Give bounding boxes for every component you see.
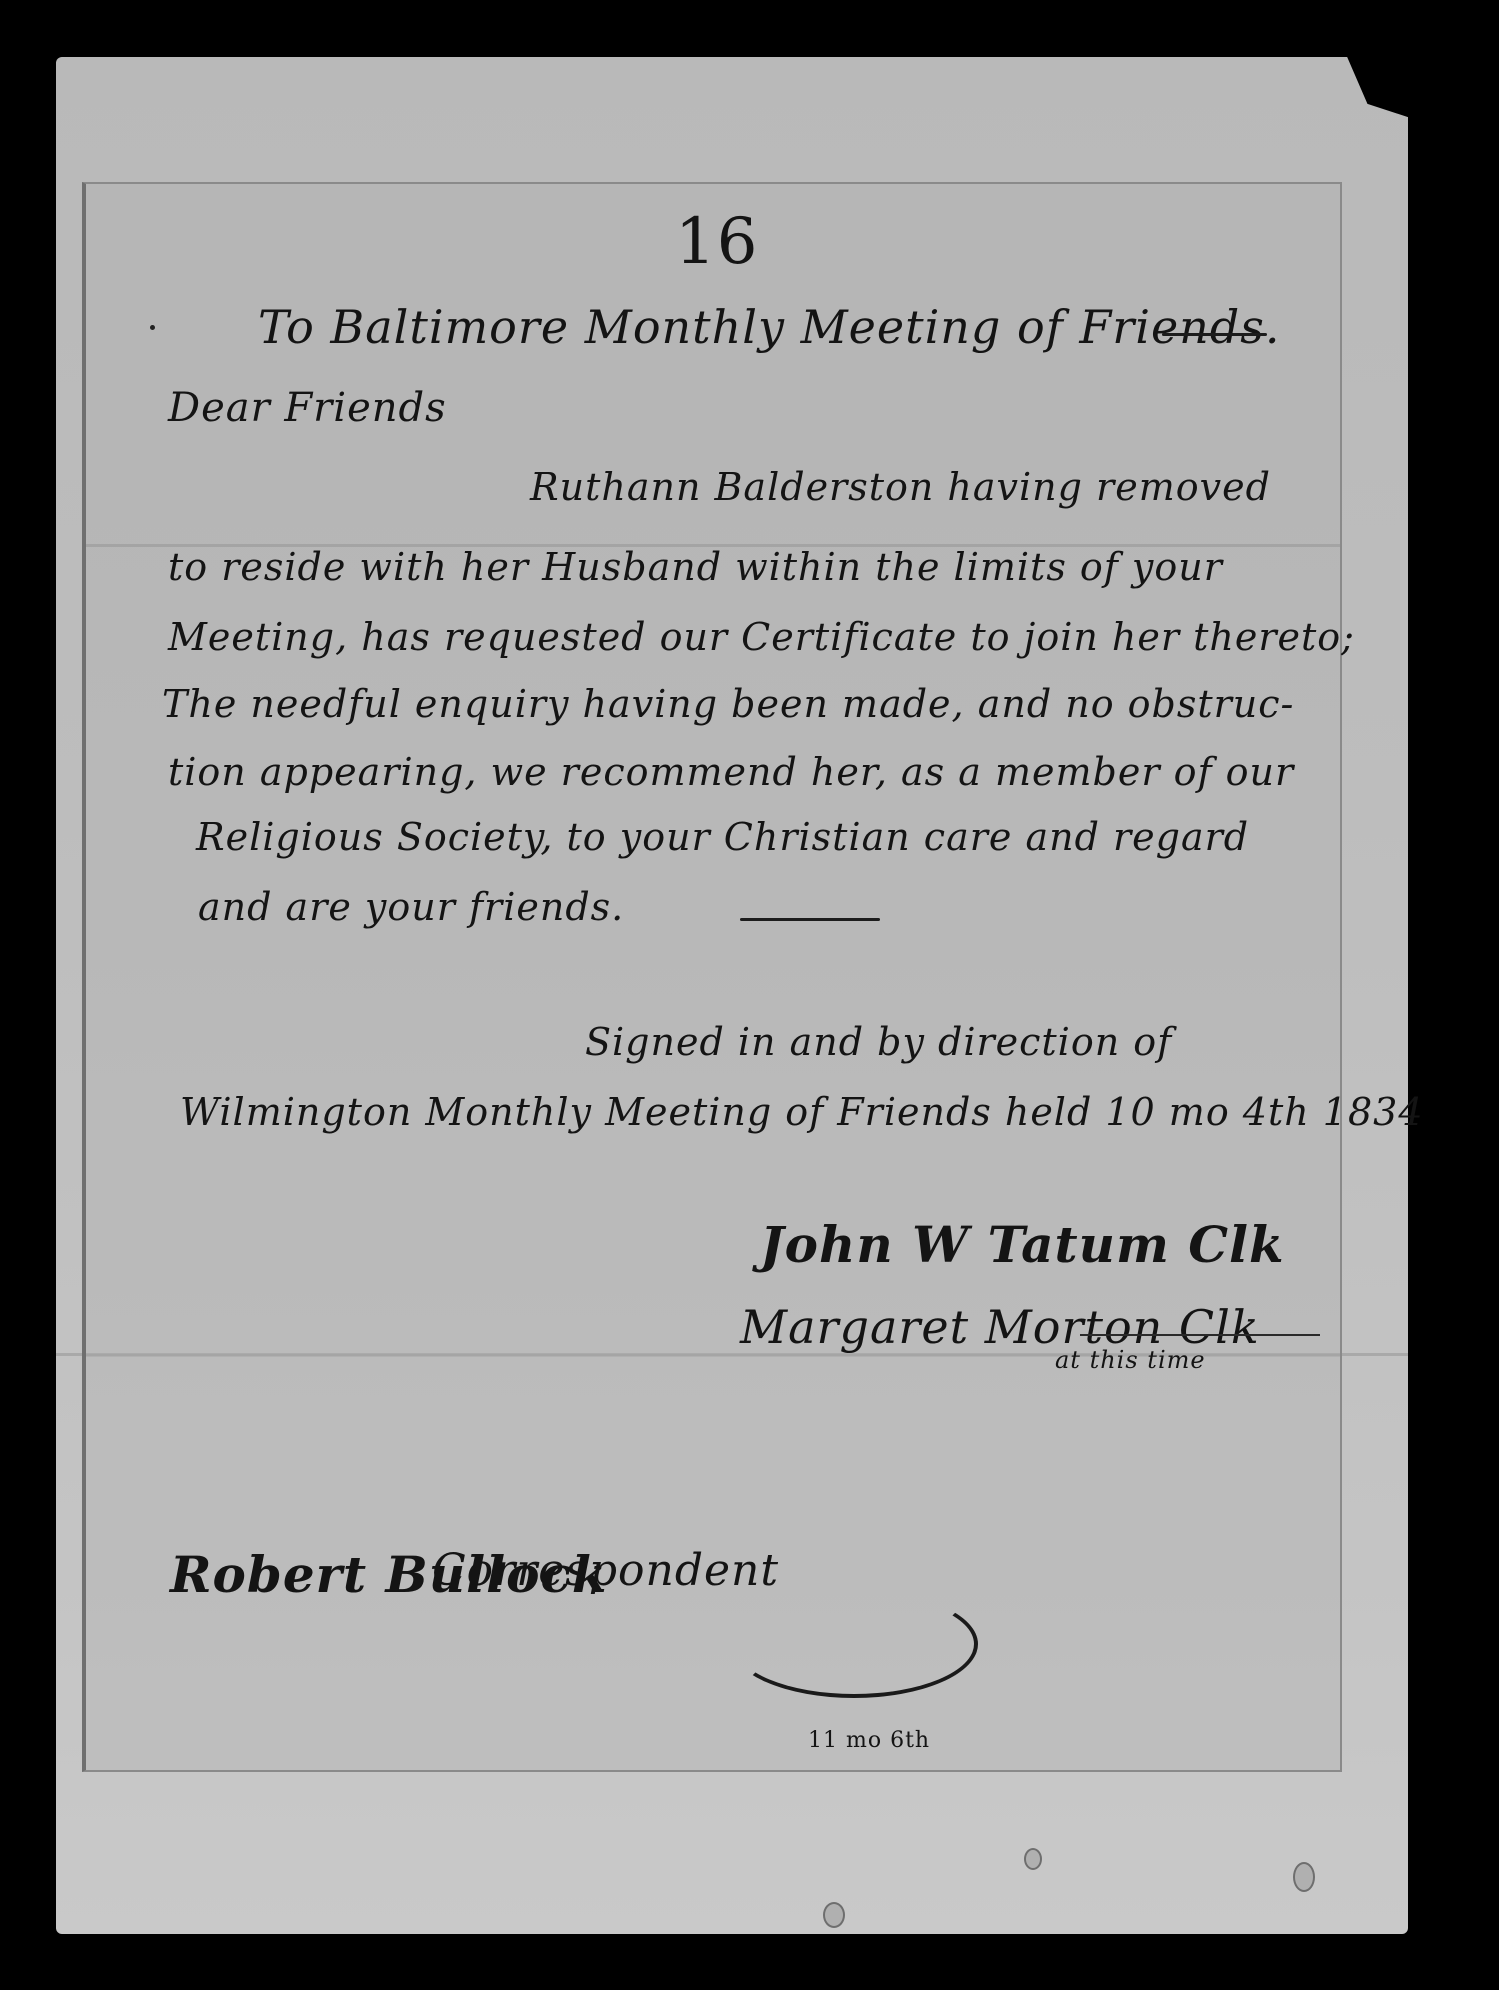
body-line: tion appearing, we recommend her, as a m… — [168, 750, 1294, 794]
paper-spot — [1293, 1862, 1315, 1892]
body-line: and are your friends. — [198, 885, 624, 929]
signature-flourish — [730, 1590, 978, 1698]
received-date-note: 11 mo 6th — [808, 1728, 930, 1753]
body-line: Religious Society, to your Christian car… — [196, 815, 1249, 859]
signed-by-direction-line: Signed in and by direction of — [585, 1020, 1172, 1064]
correspondent-label: Correspondent — [432, 1545, 779, 1596]
flourish-dash — [1162, 333, 1267, 336]
paper-spot — [1024, 1848, 1042, 1870]
body-line: to reside with her Husband within the li… — [168, 545, 1223, 589]
paper-spot — [823, 1902, 845, 1928]
body-line: Ruthann Balderston having removed — [530, 465, 1271, 509]
body-line: The needful enquiry having been made, an… — [162, 682, 1294, 726]
addressee-line: To Baltimore Monthly Meeting of Friends. — [258, 300, 1281, 354]
page-number: 16 — [675, 205, 758, 279]
flourish-dash — [740, 918, 880, 921]
ink-dot — [150, 325, 155, 330]
strike-line — [1080, 1334, 1320, 1336]
scanned-document: 16 To Baltimore Monthly Meeting of Frien… — [0, 0, 1499, 1990]
salutation: Dear Friends — [168, 385, 447, 431]
signature-john-w-tatum: John W Tatum Clk — [760, 1215, 1285, 1274]
body-line: Meeting, has requested our Certificate t… — [168, 615, 1355, 659]
meeting-date-line: Wilmington Monthly Meeting of Friends he… — [180, 1090, 1424, 1134]
signature-note: at this time — [1055, 1346, 1206, 1374]
